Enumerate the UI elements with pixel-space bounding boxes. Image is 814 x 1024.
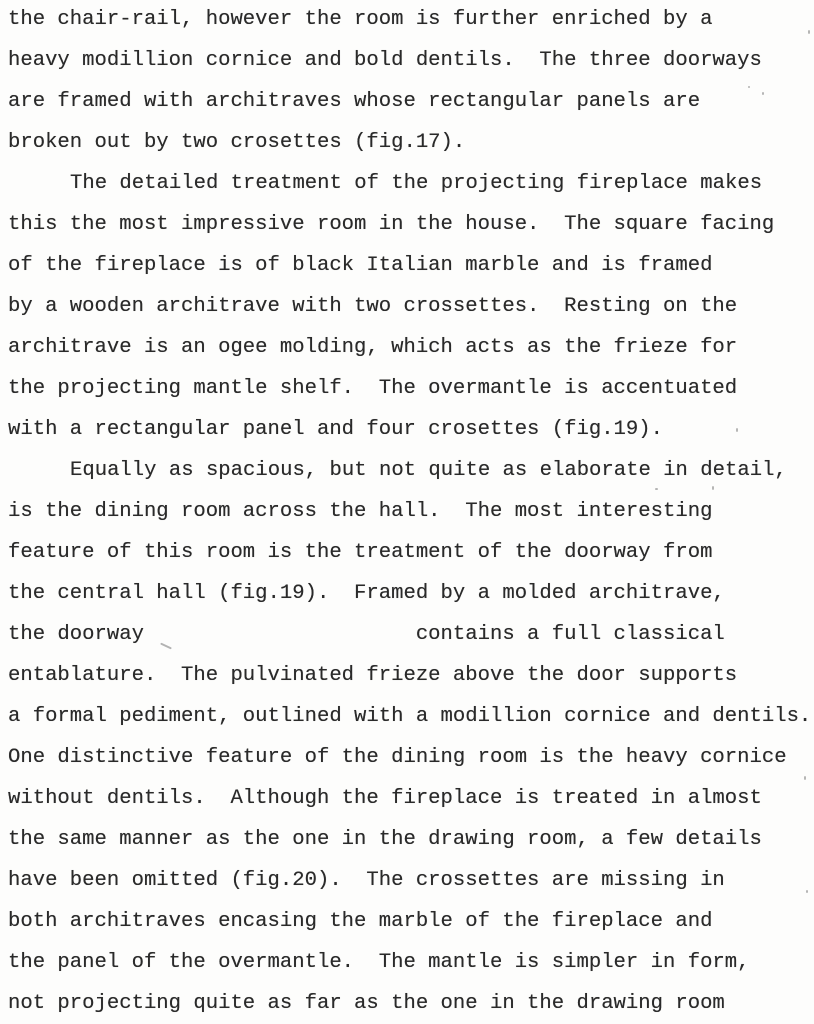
text-line: are framed with architraves whose rectan… (8, 90, 700, 114)
scan-speck (808, 30, 810, 34)
typewritten-page: the chair-rail, however the room is furt… (0, 0, 814, 1024)
scan-speck (806, 890, 808, 893)
text-line: with a rectangular panel and four croset… (8, 418, 663, 442)
scan-speck (655, 488, 658, 490)
text-line: the same manner as the one in the drawin… (8, 828, 762, 852)
scan-speck (712, 486, 714, 490)
text-line: the central hall (fig.19). Framed by a m… (8, 582, 725, 606)
text-line: this the most impressive room in the hou… (8, 213, 774, 237)
text-line: the chair-rail, however the room is furt… (8, 8, 712, 32)
text-line: architrave is an ogee molding, which act… (8, 336, 737, 360)
text-line: a formal pediment, outlined with a modil… (8, 705, 811, 729)
text-line: the panel of the overmantle. The mantle … (8, 951, 750, 975)
text-line: feature of this room is the treatment of… (8, 541, 712, 565)
scan-speck (804, 776, 806, 780)
text-line: by a wooden architrave with two crossett… (8, 295, 737, 319)
text-line: not projecting quite as far as the one i… (8, 992, 725, 1016)
text-line: of the fireplace is of black Italian mar… (8, 254, 712, 278)
text-line: the projecting mantle shelf. The overman… (8, 377, 737, 401)
scan-speck (736, 428, 738, 432)
text-line: One distinctive feature of the dining ro… (8, 746, 787, 770)
text-line: have been omitted (fig.20). The crossett… (8, 869, 725, 893)
scan-speck (748, 86, 750, 88)
text-line: The detailed treatment of the projecting… (70, 172, 762, 196)
scan-speck (762, 92, 764, 95)
text-line: is the dining room across the hall. The … (8, 500, 712, 524)
text-line: without dentils. Although the fireplace … (8, 787, 762, 811)
text-line: both architraves encasing the marble of … (8, 910, 712, 934)
text-line: Equally as spacious, but not quite as el… (70, 459, 787, 483)
text-line: the doorway contains a full classical (8, 623, 725, 647)
text-line: heavy modillion cornice and bold dentils… (8, 49, 762, 73)
text-line: broken out by two crosettes (fig.17). (8, 131, 465, 155)
text-line: entablature. The pulvinated frieze above… (8, 664, 737, 688)
